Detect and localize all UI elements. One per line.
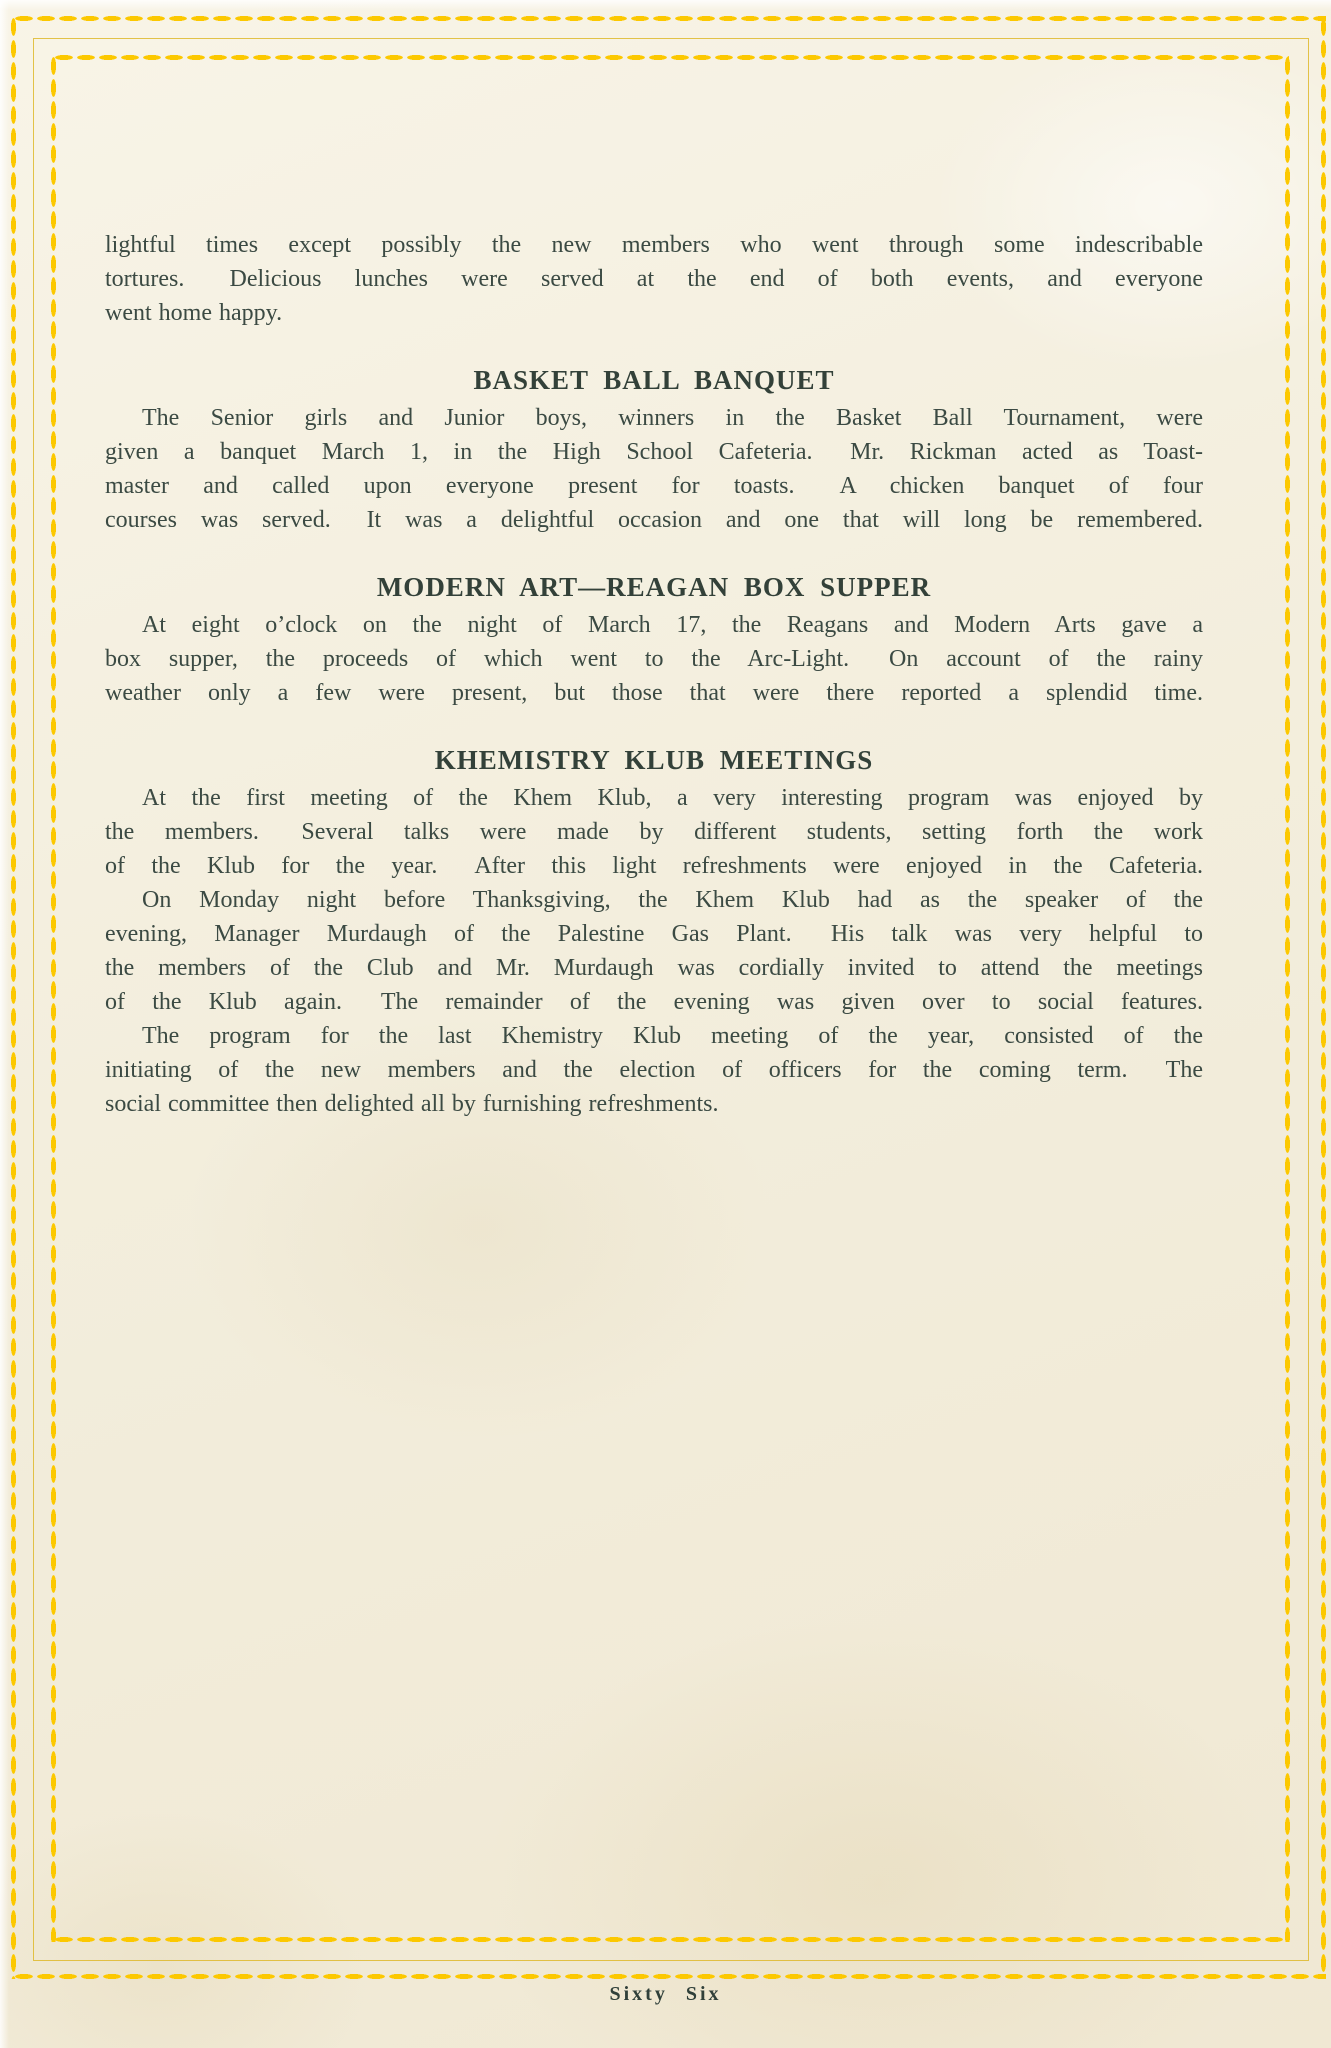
text-line: the members of the Club and Mr. Murdaugh… [105, 951, 1203, 985]
text-line: The program for the last Khemistry Klub … [105, 1019, 1203, 1053]
text-line: tortures. Delicious lunches were served … [105, 262, 1203, 296]
text-line: social committee then delighted all by f… [105, 1087, 1203, 1121]
outer-dashed-border-top [13, 16, 1326, 21]
text-line: initiating of the new members and the el… [105, 1053, 1203, 1087]
text-line: went home happy. [105, 296, 1203, 330]
inner-dashed-border-bottom [53, 1937, 1289, 1942]
inner-dashed-border-right [1285, 55, 1290, 1942]
outer-dashed-border-right [1321, 16, 1326, 1979]
yearbook-page: lightful times except possibly the new m… [0, 0, 1331, 2048]
text-line: At eight o’clock on the night of March 1… [105, 608, 1203, 642]
section-heading: MODERN ART—REAGAN BOX SUPPER [105, 568, 1203, 606]
page-body-text: lightful times except possibly the new m… [105, 228, 1203, 1121]
text-line: courses was served. It was a delightful … [105, 503, 1203, 537]
section-heading: KHEMISTRY KLUB MEETINGS [105, 741, 1203, 779]
inner-dashed-border-top [53, 55, 1289, 60]
text-line: lightful times except possibly the new m… [105, 228, 1203, 262]
text-line: the members. Several talks were made by … [105, 815, 1203, 849]
text-line: box supper, the proceeds of which went t… [105, 642, 1203, 676]
inner-dashed-border-left [51, 55, 56, 1942]
paragraph: lightful times except possibly the new m… [105, 228, 1203, 330]
text-line: weather only a few were present, but tho… [105, 676, 1203, 710]
outer-dashed-border-bottom [13, 1974, 1326, 1979]
text-line: At the first meeting of the Khem Klub, a… [105, 781, 1203, 815]
outer-dashed-border-left [11, 16, 16, 1979]
paragraph: The Senior girls and Junior boys, winner… [105, 401, 1203, 537]
text-line: of the Klub for the year. After this lig… [105, 849, 1203, 883]
text-line: The Senior girls and Junior boys, winner… [105, 401, 1203, 435]
text-line: master and called upon everyone present … [105, 469, 1203, 503]
paragraph: At the first meeting of the Khem Klub, a… [105, 781, 1203, 883]
paragraph: On Monday night before Thanksgiving, the… [105, 883, 1203, 1019]
paragraph: At eight o’clock on the night of March 1… [105, 608, 1203, 710]
text-line: of the Klub again. The remainder of the … [105, 985, 1203, 1019]
page-number: Sixty Six [0, 1983, 1331, 2006]
paragraph: The program for the last Khemistry Klub … [105, 1019, 1203, 1121]
text-line: evening, Manager Murdaugh of the Palesti… [105, 917, 1203, 951]
text-line: given a banquet March 1, in the High Sch… [105, 435, 1203, 469]
text-line: On Monday night before Thanksgiving, the… [105, 883, 1203, 917]
section-heading: BASKET BALL BANQUET [105, 361, 1203, 399]
